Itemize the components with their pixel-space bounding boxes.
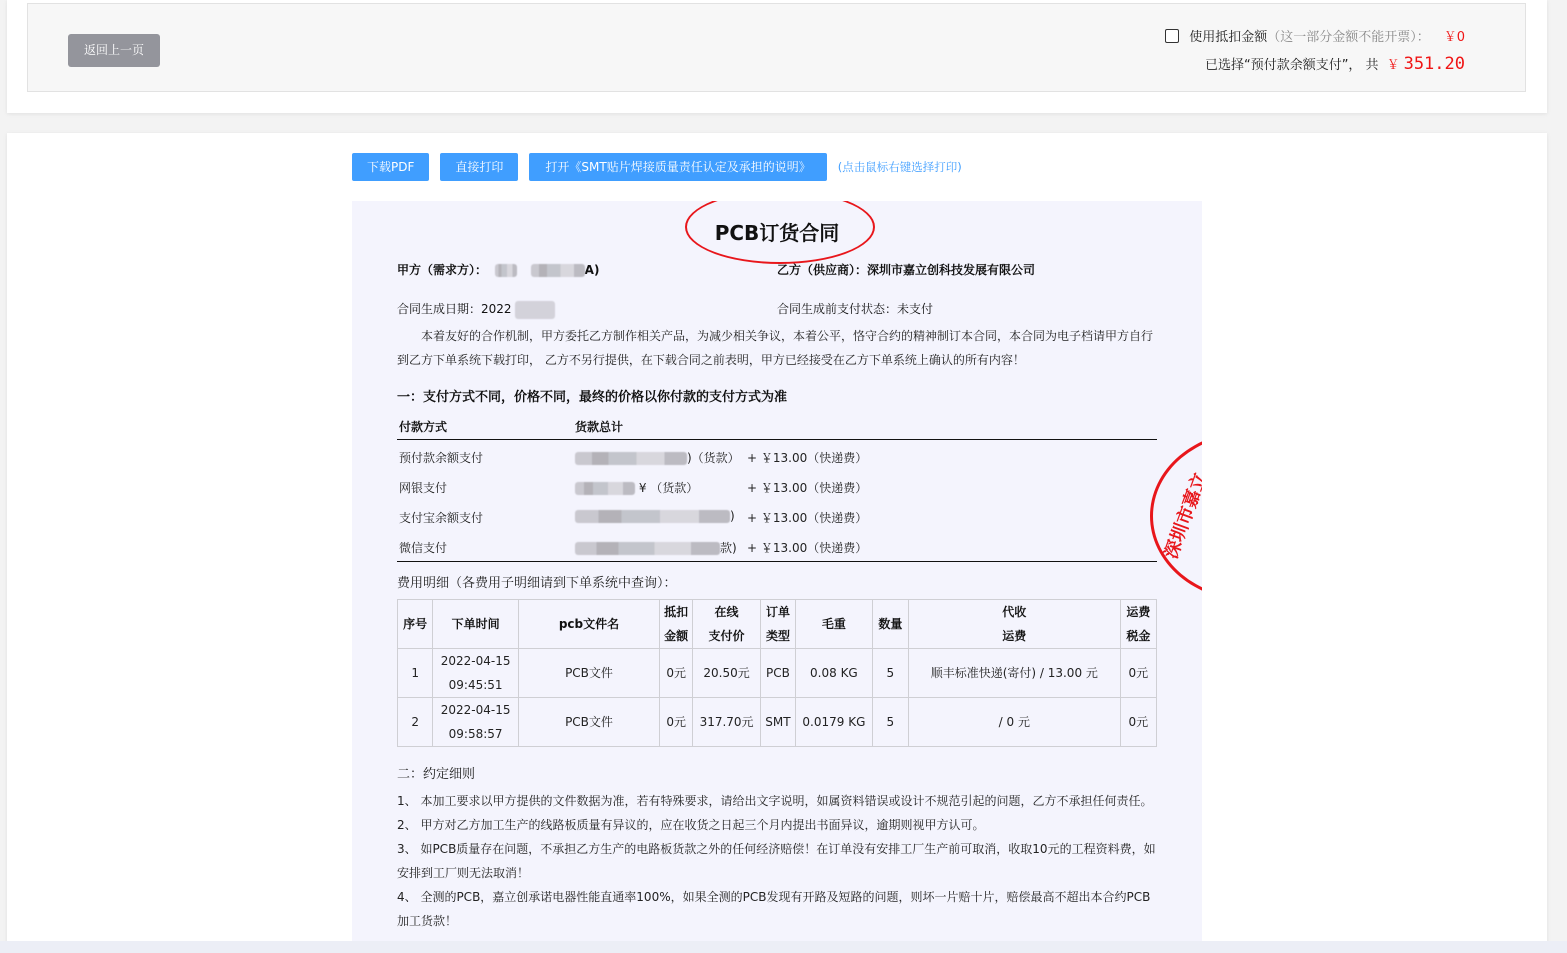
section-1-title: 一：支付方式不同，价格不同，最终的价格以你付款的支付方式为准 xyxy=(397,386,787,405)
party-b: 乙方（供应商）：深圳市嘉立创科技发展有限公司 xyxy=(777,261,1035,278)
download-pdf-button[interactable]: 下载PDF xyxy=(352,153,429,181)
print-button[interactable]: 直接打印 xyxy=(440,153,518,181)
contract-date: 合同生成日期：2022 xyxy=(397,300,555,319)
rule-item: 4、 全测的PCB，嘉立创承诺电器性能直通率100%，如果全测的PCB发现有开路… xyxy=(397,885,1162,933)
redacted-block xyxy=(575,482,635,495)
open-smt-doc-button[interactable]: 打开《SMT贴片焊接质量责任认定及承担的说明》 xyxy=(529,153,826,181)
deduct-note: （这一部分金额不能开票）： xyxy=(1267,26,1430,45)
payment-status: 合同生成前支付状态：未支付 xyxy=(777,300,933,317)
use-deduct-checkbox[interactable] xyxy=(1165,29,1179,43)
top-panel: 返回上一页 使用抵扣金额 （这一部分金额不能开票）： ￥0 已选择“预付款余额支… xyxy=(7,0,1547,113)
deduct-row: 使用抵扣金额 （这一部分金额不能开票）： ￥0 xyxy=(1165,26,1465,45)
deduct-label: 使用抵扣金额 xyxy=(1189,26,1267,45)
payment-table: 预付款余额支付 )（货款） + ￥13.00（快递费） 网银支付 ¥ （货款） … xyxy=(397,441,1157,562)
fee-table-header: 序号 下单时间 pcb文件名 抵扣 金额 在线 支付价 订单 类型 毛重 数量 … xyxy=(398,600,1157,649)
contract-card: 下载PDF 直接打印 打开《SMT贴片焊接质量责任认定及承担的说明》 (点击鼠标… xyxy=(7,133,1547,953)
contract-toolbar: 下载PDF 直接打印 打开《SMT贴片焊接质量责任认定及承担的说明》 (点击鼠标… xyxy=(352,153,962,181)
rules-list: 1、 本加工要求以甲方提供的文件数据为准，若有特殊要求，请给出文字说明，如属资料… xyxy=(397,789,1162,933)
payment-table-header: 付款方式 货款总计 xyxy=(397,416,1157,440)
back-button[interactable]: 返回上一页 xyxy=(68,34,160,67)
payment-row: 微信支付 款) + ￥13.00（快递费） xyxy=(397,531,1157,561)
bottom-bar xyxy=(0,941,1567,953)
total-row: 已选择“预付款余额支付”， 共 ￥ 351.20 xyxy=(1205,54,1465,74)
title-highlight-ellipse xyxy=(685,201,875,264)
currency-symbol: ￥ xyxy=(1387,54,1400,73)
fee-table-row: 1 2022-04-1509:45:51 PCB文件 0元 20.50元 PCB… xyxy=(398,649,1157,698)
redacted-block xyxy=(495,264,517,277)
rule-item: 2、 甲方对乙方加工生产的线路板质量有异议的，应在收货之日起三个月内提出书面异议… xyxy=(397,813,1162,837)
contract-document: PCB订货合同 甲方（需求方）： A) 乙方（供应商）：深圳市嘉立创科技发展有限… xyxy=(352,201,1202,953)
deduct-amount: ￥0 xyxy=(1444,26,1465,45)
party-a: 甲方（需求方）： A) xyxy=(397,261,599,278)
rule-item: 3、 如PCB质量存在问题，不承担乙方生产的电路板货款之外的任何经济赔偿！在订单… xyxy=(397,837,1162,885)
redacted-block xyxy=(575,510,730,523)
section-2-title: 二：约定细则 xyxy=(397,763,475,782)
fee-detail-table: 序号 下单时间 pcb文件名 抵扣 金额 在线 支付价 订单 类型 毛重 数量 … xyxy=(397,599,1157,747)
payment-summary-box: 返回上一页 使用抵扣金额 （这一部分金额不能开票）： ￥0 已选择“预付款余额支… xyxy=(27,3,1526,92)
redacted-block xyxy=(515,301,555,319)
payment-row: 网银支付 ¥ （货款） + ￥13.00（快递费） xyxy=(397,471,1157,501)
rule-item: 1、 本加工要求以甲方提供的文件数据为准，若有特殊要求，请给出文字说明，如属资料… xyxy=(397,789,1162,813)
payment-row: 支付宝余额支付 ) + ￥13.00（快递费） xyxy=(397,501,1157,531)
contract-intro: 本着友好的合作机制，甲方委托乙方制作相关产品，为减少相关争议，本着公平，恪守合约… xyxy=(397,324,1162,372)
total-amount: 351.20 xyxy=(1404,54,1465,74)
redacted-block xyxy=(575,542,720,555)
payment-row: 预付款余额支付 )（货款） + ￥13.00（快递费） xyxy=(397,441,1157,471)
redacted-block xyxy=(575,452,687,465)
selected-method-text: 已选择“预付款余额支付”， 共 xyxy=(1205,54,1379,73)
fee-detail-title: 费用明细（各费用子明细请到下单系统中查询）： xyxy=(397,572,677,591)
redacted-block xyxy=(531,264,585,277)
print-hint: (点击鼠标右键选择打印) xyxy=(838,159,962,175)
fee-table-row: 2 2022-04-1509:58:57 PCB文件 0元 317.70元 SM… xyxy=(398,698,1157,747)
